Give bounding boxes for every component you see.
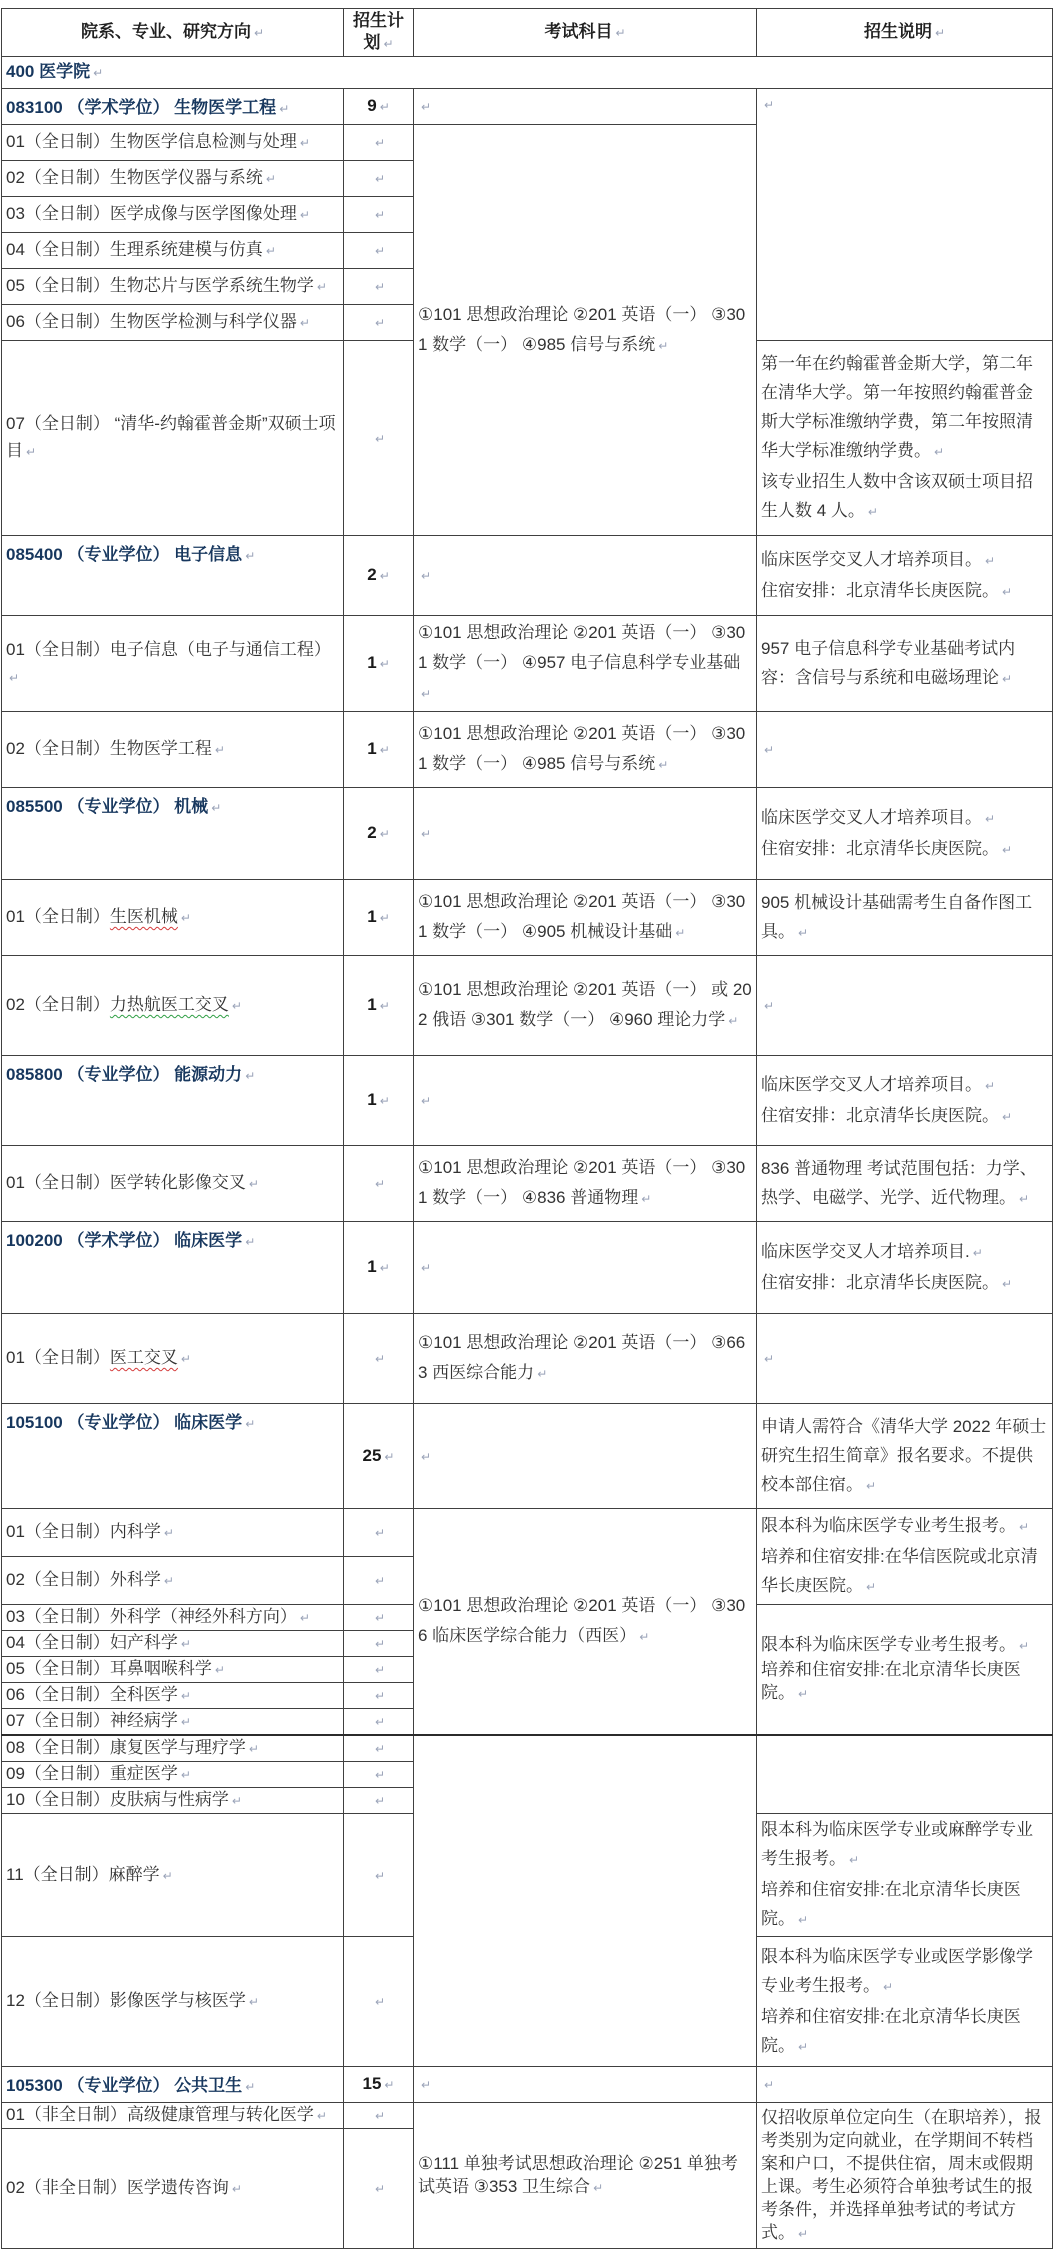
plan-cell-empty	[344, 1814, 414, 1937]
plan-cell-empty	[344, 2129, 414, 2249]
exam-cell: ①101 思想政治理论 ②201 英语（一） ③306 临床医学综合能力（西医）	[414, 1509, 757, 1736]
direction-label: 04（全日制）生理系统建模与仿真	[2, 233, 344, 269]
direction-row: 01（全日制）电子信息（电子与通信工程） 1 ①101 思想政治理论 ②201 …	[2, 616, 1053, 712]
plan-cell-empty	[344, 161, 414, 197]
direction-row: 01（全日制）医学转化影像交叉 ①101 思想政治理论 ②201 英语（一） ③…	[2, 1146, 1053, 1222]
exam-cell: ①101 思想政治理论 ②201 英语（一） ③301 数学（一） ④957 电…	[414, 616, 757, 712]
plan-cell: 15	[344, 2067, 414, 2103]
exam-cell-empty	[414, 2067, 757, 2103]
direction-label: 01（全日制）电子信息（电子与通信工程）	[2, 616, 344, 712]
section-title: 105100 （专业学位） 临床医学	[2, 1404, 344, 1509]
plan-cell-empty	[344, 1735, 414, 1762]
section-row-083100: 083100 （学术学位） 生物医学工程 9	[2, 89, 1053, 125]
section-title: 105300 （专业学位） 公共卫生	[2, 2067, 344, 2103]
direction-row: 01（全日制）内科学 ①101 思想政治理论 ②201 英语（一） ③306 临…	[2, 1509, 1053, 1557]
note-cell-empty	[757, 89, 1053, 341]
direction-label: 05（全日制）耳鼻咽喉科学	[2, 1657, 344, 1683]
note-cell-empty	[757, 2067, 1053, 2103]
header-departments: 院系、专业、研究方向	[2, 9, 344, 57]
note-cell: 限本科为临床医学专业考生报考。 培养和住宿安排:在华信医院或北京清华长庚医院。	[757, 1509, 1053, 1605]
note-cell: 限本科为临床医学专业考生报考。 培养和住宿安排:在北京清华长庚医院。	[757, 1605, 1053, 1736]
exam-cell-empty	[414, 89, 757, 125]
exam-cell: ①111 单独考试思想政治理论 ②251 单独考试英语 ③353 卫生综合	[414, 2103, 757, 2249]
direction-label: 10（全日制）皮肤病与性病学	[2, 1788, 344, 1814]
plan-cell-empty	[344, 1557, 414, 1605]
header-plan: 招生计划	[344, 9, 414, 57]
plan-cell-empty	[344, 1788, 414, 1814]
plan-cell-empty	[344, 2103, 414, 2129]
direction-label: 12（全日制）影像医学与核医学	[2, 1937, 344, 2067]
direction-row: 02（全日制）力热航医工交叉 1 ①101 思想政治理论 ②201 英语（一） …	[2, 956, 1053, 1056]
direction-label: 02（非全日制）医学遗传咨询	[2, 2129, 344, 2249]
plan-cell-empty	[344, 1709, 414, 1736]
direction-label: 11（全日制）麻醉学	[2, 1814, 344, 1937]
plan-cell-empty	[344, 1683, 414, 1709]
plan-cell-empty	[344, 1605, 414, 1631]
direction-row: 01（全日制）医工交叉 ①101 思想政治理论 ②201 英语（一） ③663 …	[2, 1314, 1053, 1404]
plan-cell-empty	[344, 125, 414, 161]
section-title: 085500 （专业学位） 机械	[2, 788, 344, 880]
note-cell: 临床医学交叉人才培养项目. 住宿安排：北京清华长庚医院。	[757, 1222, 1053, 1314]
plan-cell: 2	[344, 788, 414, 880]
exam-cell: ①101 思想政治理论 ②201 英语（一） ③301 数学（一） ④985 信…	[414, 712, 757, 788]
exam-cell: ①101 思想政治理论 ②201 英语（一） ③301 数学（一） ④836 普…	[414, 1146, 757, 1222]
note-cell: 申请人需符合《清华大学 2022 年硕士研究生招生简章》报名要求。不提供校本部住…	[757, 1404, 1053, 1509]
direction-row: 01（全日制）生医机械 1 ①101 思想政治理论 ②201 英语（一） ③30…	[2, 880, 1053, 956]
plan-cell-empty	[344, 1509, 414, 1557]
direction-label: 03（全日制）外科学（神经外科方向）	[2, 1605, 344, 1631]
direction-label: 01（全日制）生物医学信息检测与处理	[2, 125, 344, 161]
plan-cell: 1	[344, 616, 414, 712]
plan-cell-empty	[344, 233, 414, 269]
plan-cell-empty	[344, 197, 414, 233]
note-cell-empty	[757, 1314, 1053, 1404]
direction-label: 08（全日制）康复医学与理疗学	[2, 1735, 344, 1762]
direction-label: 01（全日制）生医机械	[2, 880, 344, 956]
note-cell: 限本科为临床医学专业或麻醉学专业考生报考。 培养和住宿安排:在北京清华长庚医院。	[757, 1814, 1053, 1937]
plan-cell: 1	[344, 712, 414, 788]
exam-cell-empty	[414, 1404, 757, 1509]
direction-label: 02（全日制）外科学	[2, 1557, 344, 1605]
exam-cell-empty	[414, 1222, 757, 1314]
plan-cell: 1	[344, 1056, 414, 1146]
note-cell-continuation	[757, 1735, 1053, 1814]
exam-cell: ①101 思想政治理论 ②201 英语（一） ③301 数学（一） ④985 信…	[414, 125, 757, 536]
plan-cell: 1	[344, 880, 414, 956]
plan-cell-empty	[344, 1314, 414, 1404]
plan-cell-empty	[344, 1762, 414, 1788]
direction-label: 03（全日制）医学成像与医学图像处理	[2, 197, 344, 233]
section-row-085400: 085400 （专业学位） 电子信息 2 临床医学交叉人才培养项目。 住宿安排：…	[2, 536, 1053, 616]
plan-cell-empty	[344, 1657, 414, 1683]
section-row-100200: 100200 （学术学位） 临床医学 1 临床医学交叉人才培养项目. 住宿安排：…	[2, 1222, 1053, 1314]
note-cell: 临床医学交叉人才培养项目。 住宿安排：北京清华长庚医院。	[757, 1056, 1053, 1146]
header-notes: 招生说明	[757, 9, 1053, 57]
direction-row: 02（全日制）生物医学工程 1 ①101 思想政治理论 ②201 英语（一） ③…	[2, 712, 1053, 788]
note-cell: 限本科为临床医学专业或医学影像学专业考生报考。 培养和住宿安排:在北京清华长庚医…	[757, 1937, 1053, 2067]
plan-cell-empty	[344, 269, 414, 305]
plan-cell-empty	[344, 305, 414, 341]
exam-cell-continuation	[414, 1735, 757, 2067]
plan-cell-empty	[344, 341, 414, 536]
plan-cell-empty	[344, 1631, 414, 1657]
section-row-085500: 085500 （专业学位） 机械 2 临床医学交叉人才培养项目。 住宿安排：北京…	[2, 788, 1053, 880]
exam-cell-empty	[414, 788, 757, 880]
direction-label: 01（非全日制）高级健康管理与转化医学	[2, 2103, 344, 2129]
section-row-105300: 105300 （专业学位） 公共卫生 15	[2, 2067, 1053, 2103]
direction-label: 01（全日制）医工交叉	[2, 1314, 344, 1404]
direction-label: 07（全日制） “清华-约翰霍普金斯”双硕士项目	[2, 341, 344, 536]
note-cell: 临床医学交叉人才培养项目。 住宿安排：北京清华长庚医院。	[757, 536, 1053, 616]
section-title: 083100 （学术学位） 生物医学工程	[2, 89, 344, 125]
plan-cell: 2	[344, 536, 414, 616]
plan-cell-empty	[344, 1937, 414, 2067]
exam-cell-empty	[414, 1056, 757, 1146]
plan-cell: 1	[344, 956, 414, 1056]
admissions-table: 院系、专业、研究方向 招生计划 考试科目 招生说明 400 医学院 083100…	[1, 8, 1053, 2249]
direction-label: 02（全日制）力热航医工交叉	[2, 956, 344, 1056]
section-title: 085400 （专业学位） 电子信息	[2, 536, 344, 616]
header-exam-subjects: 考试科目	[414, 9, 757, 57]
note-cell: 临床医学交叉人才培养项目。 住宿安排：北京清华长庚医院。	[757, 788, 1053, 880]
note-cell: 仅招收原单位定向生（在职培养），报考类别为定向就业，在学期间不转档案和户口，不提…	[757, 2103, 1053, 2249]
exam-cell: ①101 思想政治理论 ②201 英语（一） 或 202 俄语 ③301 数学（…	[414, 956, 757, 1056]
direction-label: 04（全日制）妇产科学	[2, 1631, 344, 1657]
direction-row: 01（非全日制）高级健康管理与转化医学 ①111 单独考试思想政治理论 ②251…	[2, 2103, 1053, 2129]
direction-label: 06（全日制）全科医学	[2, 1683, 344, 1709]
note-cell-empty	[757, 956, 1053, 1056]
exam-cell: ①101 思想政治理论 ②201 英语（一） ③663 西医综合能力	[414, 1314, 757, 1404]
direction-label: 02（全日制）生物医学仪器与系统	[2, 161, 344, 197]
plan-cell-empty	[344, 1146, 414, 1222]
plan-cell: 9	[344, 89, 414, 125]
note-cell-empty	[757, 712, 1053, 788]
note-cell: 836 普通物理 考试范围包括：力学、热学、电磁学、光学、近代物理。	[757, 1146, 1053, 1222]
direction-label: 01（全日制）内科学	[2, 1509, 344, 1557]
note-cell: 第一年在约翰霍普金斯大学，第二年在清华大学。第一年按照约翰霍普金斯大学标准缴纳学…	[757, 341, 1053, 536]
direction-label: 05（全日制）生物芯片与医学系统生物学	[2, 269, 344, 305]
table-header-row: 院系、专业、研究方向 招生计划 考试科目 招生说明	[2, 9, 1053, 57]
department-row: 400 医学院	[2, 57, 1053, 89]
exam-cell: ①101 思想政治理论 ②201 英语（一） ③301 数学（一） ④905 机…	[414, 880, 757, 956]
exam-cell-empty	[414, 536, 757, 616]
section-row-085800: 085800 （专业学位） 能源动力 1 临床医学交叉人才培养项目。 住宿安排：…	[2, 1056, 1053, 1146]
direction-row: 08（全日制）康复医学与理疗学	[2, 1735, 1053, 1762]
plan-cell: 1	[344, 1222, 414, 1314]
section-row-105100: 105100 （专业学位） 临床医学 25 申请人需符合《清华大学 2022 年…	[2, 1404, 1053, 1509]
note-cell: 905 机械设计基础需考生自备作图工具。	[757, 880, 1053, 956]
direction-label: 02（全日制）生物医学工程	[2, 712, 344, 788]
direction-label: 09（全日制）重症医学	[2, 1762, 344, 1788]
department-title: 400 医学院	[2, 57, 1053, 89]
direction-label: 07（全日制）神经病学	[2, 1709, 344, 1736]
section-title: 085800 （专业学位） 能源动力	[2, 1056, 344, 1146]
note-cell: 957 电子信息科学专业基础考试内容：含信号与系统和电磁场理论	[757, 616, 1053, 712]
section-title: 100200 （学术学位） 临床医学	[2, 1222, 344, 1314]
direction-label: 01（全日制）医学转化影像交叉	[2, 1146, 344, 1222]
direction-label: 06（全日制）生物医学检测与科学仪器	[2, 305, 344, 341]
plan-cell: 25	[344, 1404, 414, 1509]
